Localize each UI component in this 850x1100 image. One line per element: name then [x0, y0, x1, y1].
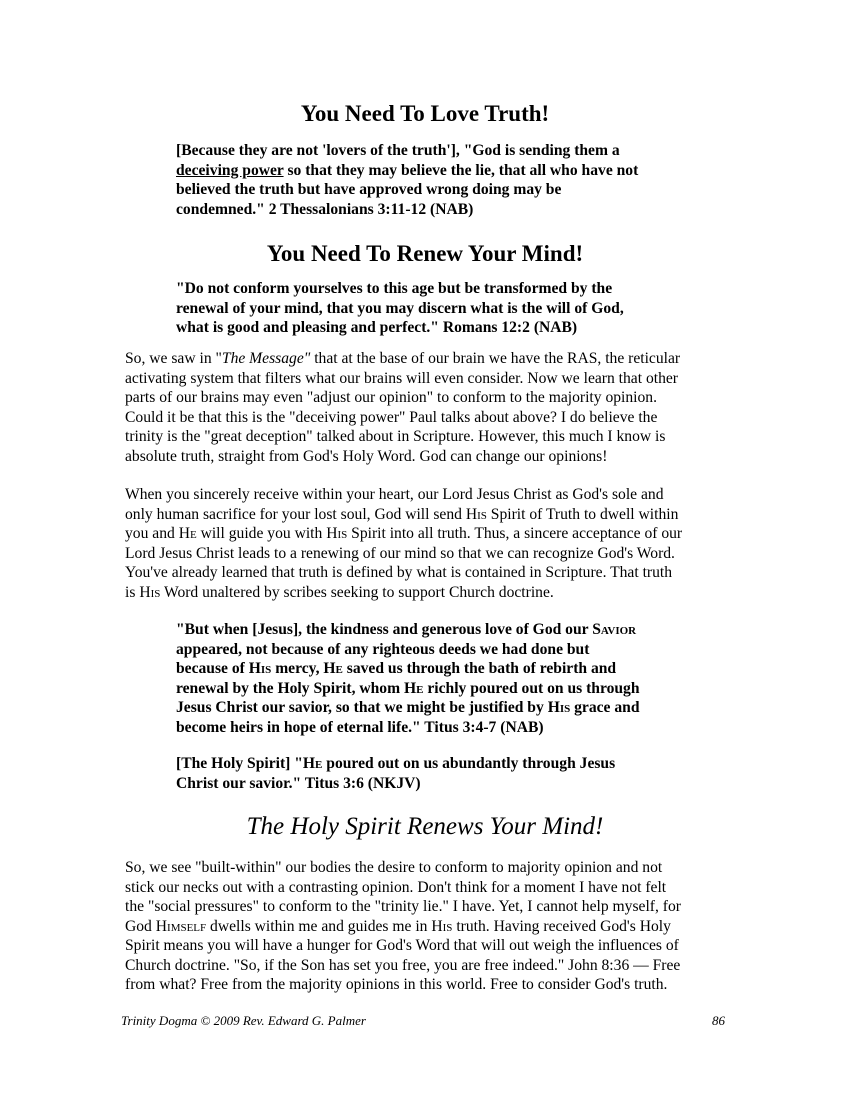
para-line: activating system that filters what our …: [125, 369, 745, 389]
quote-line: renewal by the Holy Spirit, whom He rich…: [176, 679, 696, 699]
quote-titus-3-6: [The Holy Spirit] "He poured out on us a…: [176, 754, 696, 793]
heading-love-truth: You Need To Love Truth!: [0, 100, 850, 128]
quote-line: because of His mercy, He saved us throug…: [176, 659, 696, 679]
heading-holy-spirit-renews: The Holy Spirit Renews Your Mind!: [0, 812, 850, 842]
quote-line: appeared, not because of any righteous d…: [176, 640, 696, 660]
quote-line: "But when [Jesus], the kindness and gene…: [176, 620, 696, 640]
quote-line: Christ our savior." Titus 3:6 (NKJV): [176, 774, 696, 794]
para-line: you and He will guide you with His Spiri…: [125, 524, 745, 544]
para-line: the "social pressures" to conform to the…: [125, 897, 745, 917]
quote-titus-3-4-7: "But when [Jesus], the kindness and gene…: [176, 620, 696, 737]
quote-romans: "Do not conform yourselves to this age b…: [176, 279, 696, 338]
para-line: is His Word unaltered by scribes seeking…: [125, 583, 745, 603]
heading-renew-mind: You Need To Renew Your Mind!: [0, 240, 850, 268]
para-line: from what? Free from the majority opinio…: [125, 975, 745, 995]
para-line: only human sacrifice for your lost soul,…: [125, 505, 745, 525]
quote-line: [Because they are not 'lovers of the tru…: [176, 141, 696, 161]
para-line: stick our necks out with a contrasting o…: [125, 878, 745, 898]
quote-line: "Do not conform yourselves to this age b…: [176, 279, 696, 299]
paragraph-receive-christ: When you sincerely receive within your h…: [125, 485, 745, 602]
quote-line: renewal of your mind, that you may disce…: [176, 299, 696, 319]
quote-line: become heirs in hope of eternal life." T…: [176, 718, 696, 738]
para-line: Lord Jesus Christ leads to a renewing of…: [125, 544, 745, 564]
quote-line: deceiving power so that they may believe…: [176, 161, 696, 181]
document-page: You Need To Love Truth! [Because they ar…: [0, 0, 850, 1100]
quote-line: [The Holy Spirit] "He poured out on us a…: [176, 754, 696, 774]
underlined-phrase: deceiving power: [176, 162, 284, 179]
para-line: parts of our brains may even "adjust our…: [125, 388, 745, 408]
para-line: So, we see "built-within" our bodies the…: [125, 858, 745, 878]
para-line: Could it be that this is the "deceiving …: [125, 408, 745, 428]
para-line: God Himself dwells within me and guides …: [125, 917, 745, 937]
para-line: So, we saw in "The Message" that at the …: [125, 349, 745, 369]
quote-line: Jesus Christ our savior, so that we migh…: [176, 698, 696, 718]
quote-line: condemned." 2 Thessalonians 3:11-12 (NAB…: [176, 200, 696, 220]
quote-line: believed the truth but have approved wro…: [176, 180, 696, 200]
para-line: Church doctrine. "So, if the Son has set…: [125, 956, 745, 976]
para-line: You've already learned that truth is def…: [125, 563, 745, 583]
paragraph-built-within: So, we see "built-within" our bodies the…: [125, 858, 745, 995]
page-number: 86: [700, 1013, 725, 1029]
paragraph-ras: So, we saw in "The Message" that at the …: [125, 349, 745, 466]
quote-line: what is good and pleasing and perfect." …: [176, 318, 696, 338]
book-title: The Message": [222, 350, 310, 367]
quote-thessalonians: [Because they are not 'lovers of the tru…: [176, 141, 696, 219]
para-line: trinity is the "great deception" talked …: [125, 427, 745, 447]
para-line: absolute truth, straight from God's Holy…: [125, 447, 745, 467]
para-line: When you sincerely receive within your h…: [125, 485, 745, 505]
para-line: Spirit means you will have a hunger for …: [125, 936, 745, 956]
footer-copyright: Trinity Dogma © 2009 Rev. Edward G. Palm…: [121, 1013, 366, 1029]
